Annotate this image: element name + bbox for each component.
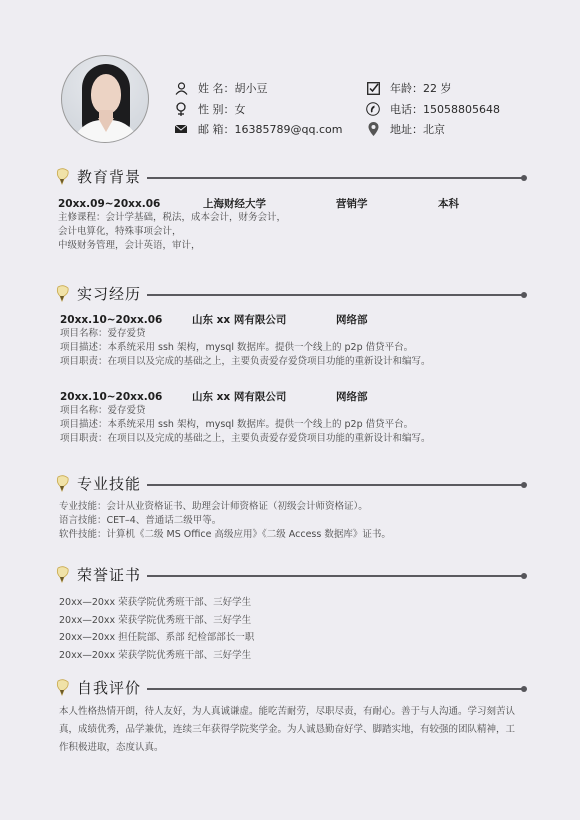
female-icon: [174, 102, 188, 116]
divider-end-dot: [521, 482, 527, 488]
skill-line: 语言技能：CET–4、普通话二级甲等。: [59, 514, 221, 528]
section-title: 专业技能: [77, 473, 141, 495]
name-row: 姓 名： 胡小豆: [174, 80, 268, 96]
location-pin-icon: [366, 122, 380, 136]
skill-line: 专业技能：会计从业资格证书、助理会计师资格证（初级会计师资格证）。: [59, 500, 368, 514]
email-value: 16385789@qq.com: [235, 123, 343, 136]
internship-entry-header: 20xx.10~20xx.06 山东 xx 网有限公司 网络部: [60, 390, 530, 404]
lightbulb-icon: [55, 679, 71, 697]
self-eval-text: 本人性格热情开朗，待人友好，为人真诚谦虚。能吃苦耐劳，尽职尽责，有耐心。善于与人…: [59, 703, 523, 757]
checkbox-icon: [366, 81, 380, 95]
section-title: 实习经历: [77, 283, 141, 305]
email-label: 邮 箱：: [198, 121, 235, 137]
section-divider: [147, 177, 523, 179]
envelope-icon: [174, 122, 188, 136]
email-row: 邮 箱： 16385789@qq.com: [174, 121, 342, 137]
person-icon: [174, 81, 188, 95]
gender-row: 性 别： 女: [174, 101, 246, 117]
honor-line: 20xx—20xx 荣获学院优秀班干部、三好学生: [59, 649, 251, 663]
phone-row: 电话： 15058805648: [366, 101, 500, 117]
age-label: 年龄：: [390, 80, 423, 96]
edu-period: 20xx.09~20xx.06: [58, 197, 160, 211]
section-header-education: 教育背景: [55, 166, 527, 188]
divider-end-dot: [521, 686, 527, 692]
gender-label: 性 别：: [198, 101, 235, 117]
section-title: 教育背景: [77, 166, 141, 188]
section-divider: [147, 575, 523, 577]
internship-entry-header: 20xx.10~20xx.06 山东 xx 网有限公司 网络部: [60, 313, 530, 327]
section-header-honors: 荣誉证书: [55, 564, 527, 586]
project-duty: 项目职责：在项目以及完成的基础之上，主要负责爱存爱贷项目功能的重新设计和编写。: [60, 355, 431, 369]
address-label: 地址：: [390, 121, 423, 137]
phone-icon: [366, 102, 380, 116]
job-dept: 网络部: [336, 313, 368, 327]
project-name: 项目名称：爱存爱贷: [60, 327, 146, 341]
skill-line: 软件技能：计算机《二级 MS Office 高级应用》《二级 Access 数据…: [59, 528, 391, 542]
avatar: [61, 55, 149, 143]
edu-degree: 本科: [438, 197, 459, 211]
project-name: 项目名称：爱存爱贷: [60, 404, 146, 418]
phone-label: 电话：: [390, 101, 423, 117]
project-desc: 项目描述：本系统采用 ssh 架构，mysql 数据库。提供一个线上的 p2p …: [60, 418, 413, 432]
section-header-internship: 实习经历: [55, 283, 527, 305]
name-label: 姓 名：: [198, 80, 235, 96]
job-period: 20xx.10~20xx.06: [60, 390, 162, 404]
job-company: 山东 xx 网有限公司: [192, 313, 286, 327]
edu-course-line: 主修课程：会计学基础，税法，成本会计，财务会计，: [58, 211, 286, 225]
divider-end-dot: [521, 175, 527, 181]
honor-line: 20xx—20xx 担任院部、系部 纪检部部长一职: [59, 631, 254, 645]
honor-line: 20xx—20xx 荣获学院优秀班干部、三好学生: [59, 596, 251, 610]
job-company: 山东 xx 网有限公司: [192, 390, 286, 404]
resume-page: 姓 名： 胡小豆 性 别： 女 邮 箱： 16385789@qq.com 年龄：…: [0, 0, 580, 820]
edu-course-line: 会计电算化，特殊事项会计，: [58, 225, 182, 239]
section-divider: [147, 484, 523, 486]
name-value: 胡小豆: [235, 80, 268, 96]
gender-value: 女: [235, 101, 246, 117]
section-header-skills: 专业技能: [55, 473, 527, 495]
age-value: 22 岁: [423, 80, 452, 96]
section-divider: [147, 688, 523, 690]
edu-major: 营销学: [336, 197, 368, 211]
address-value: 北京: [423, 121, 445, 137]
lightbulb-icon: [55, 566, 71, 584]
lightbulb-icon: [55, 285, 71, 303]
section-header-self-eval: 自我评价: [55, 677, 527, 699]
project-desc: 项目描述：本系统采用 ssh 架构，mysql 数据库。提供一个线上的 p2p …: [60, 341, 413, 355]
job-dept: 网络部: [336, 390, 368, 404]
edu-course-line: 中级财务管理，会计英语，审计，: [58, 239, 201, 253]
divider-end-dot: [521, 292, 527, 298]
section-title: 荣誉证书: [77, 564, 141, 586]
age-row: 年龄： 22 岁: [366, 80, 452, 96]
lightbulb-icon: [55, 168, 71, 186]
education-summary: 20xx.09~20xx.06 上海财经大学 营销学 本科: [58, 197, 528, 211]
divider-end-dot: [521, 573, 527, 579]
phone-value: 15058805648: [423, 103, 500, 116]
edu-school: 上海财经大学: [203, 197, 266, 211]
section-title: 自我评价: [77, 677, 141, 699]
project-duty: 项目职责：在项目以及完成的基础之上，主要负责爱存爱贷项目功能的重新设计和编写。: [60, 432, 431, 446]
section-divider: [147, 294, 523, 296]
job-period: 20xx.10~20xx.06: [60, 313, 162, 327]
honor-line: 20xx—20xx 荣获学院优秀班干部、三好学生: [59, 614, 251, 628]
address-row: 地址： 北京: [366, 121, 445, 137]
lightbulb-icon: [55, 475, 71, 493]
